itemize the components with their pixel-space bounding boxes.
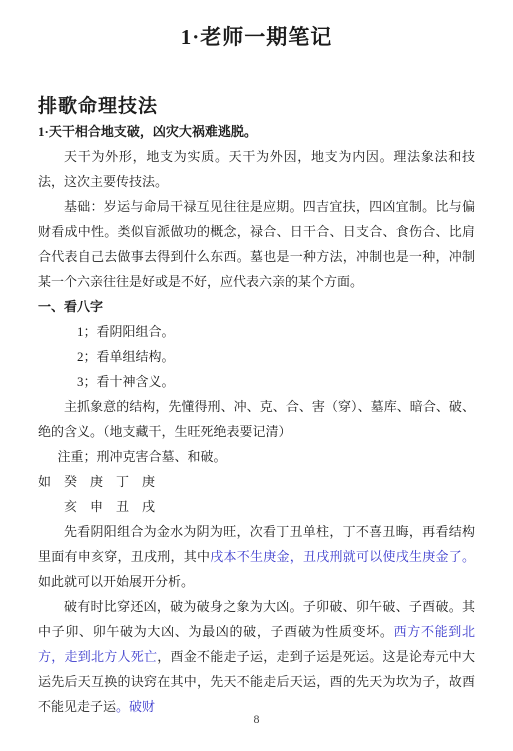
document-body: 1·天干相合地支破，凶灾大祸难逃脱。 天干为外形，地支为实质。天干为外因，地支为… (38, 119, 475, 719)
bazi-chart-stems-line: 如 癸 庚 丁 庚 (38, 469, 475, 494)
numbered-list-item-2: 2；看单组结构。 (38, 344, 475, 369)
paragraph-6: 破有时比穿还凶，破为破身之象为大凶。子卯破、卯午破、子酉破。其中子卯、卯午破为大… (38, 594, 475, 719)
subsection-title-2: 一、看八字 (38, 294, 475, 319)
numbered-list-item-3: 3；看十神含义。 (38, 369, 475, 394)
page-number: 8 (0, 712, 513, 727)
numbered-list-item-1: 1；看阴阳组合。 (38, 319, 475, 344)
text-segment: 如此就可以开始展开分析。 (38, 574, 194, 589)
paragraph-5: 先看阴阳组合为金水为阴为旺，次看丁丑单柱，丁不喜丑晦，再看结构里面有申亥穿，丑戌… (38, 519, 475, 594)
document-page: 1·老师一期笔记 排歌命理技法 1·天干相合地支破，凶灾大祸难逃脱。 天干为外形… (0, 0, 513, 751)
section-heading: 排歌命理技法 (38, 94, 475, 119)
subsection-title-1: 1·天干相合地支破，凶灾大祸难逃脱。 (38, 119, 475, 144)
paragraph-3: 主抓象意的结构，先懂得刑、冲、克、合、害（穿）、墓库、暗合、破、绝的含义。（地支… (38, 394, 475, 444)
paragraph-1: 天干为外形，地支为实质。天干为外因，地支为内因。理法象法和技法，这次主要传技法。 (38, 144, 475, 194)
bazi-chart-branches-line: 亥 申 丑 戌 (38, 494, 475, 519)
highlighted-text-segment: 戌本不生庚金，丑戌刑就可以使戌生庚金了。 (210, 549, 475, 564)
paragraph-2: 基础：岁运与命局干禄互见往往是应期。四吉宜扶，四凶宜制。比与偏财看成中性。类似盲… (38, 194, 475, 294)
paragraph-4-note: 注重；刑冲克害合墓、和破。 (38, 444, 475, 469)
document-title: 1·老师一期笔记 (38, 24, 475, 50)
